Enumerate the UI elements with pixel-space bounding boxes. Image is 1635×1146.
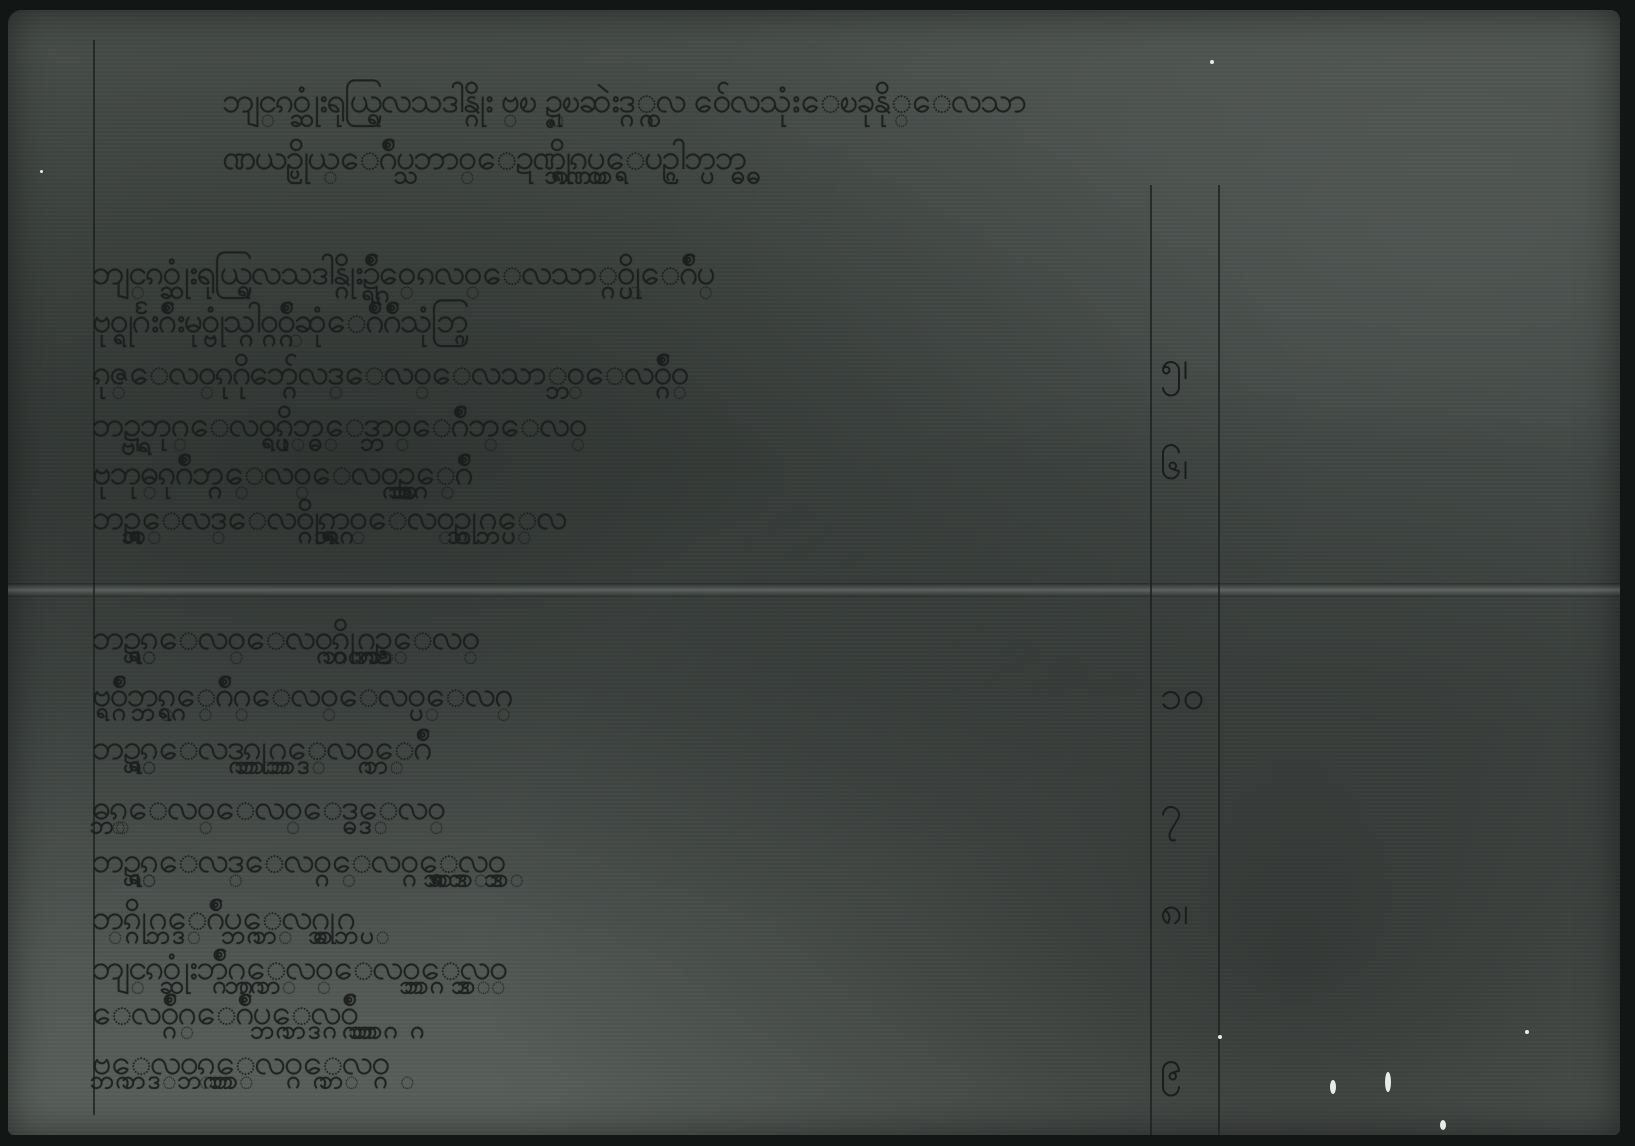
margin-numeral: ၇	[1160, 785, 1183, 844]
body-line: ဘ္ၵ္ဂိုဂ္ဘ္ဒ္ေဂ်ဳပ္ဘ္ဂ္ဘ္ေလဂ္ဓ္ဘုဂ္ဘ္ပ္	[92, 895, 354, 946]
margin-numeral: ၁၀	[1160, 670, 1205, 729]
inner-column-rule	[1150, 185, 1152, 1135]
margin-numeral: ၆၊	[1160, 440, 1189, 499]
body-line: ဓ္ဘ္ၵ္ေလဝ္ေလဝ္ေဒ္ဓ္ဒ္ေလဝ္	[92, 785, 444, 836]
dust-speck	[1330, 1080, 1336, 1094]
body-line: ဗ္ဘ္ဂ္ဘ္ဒ္ေလဝ္ဘ္ဂ္ဘ္ဘ္ၵ္ေလဝ္ဂ္ဂ္ဘ္ေလဝ္ဂ္	[92, 1040, 388, 1091]
margin-numeral: ၅၊	[1160, 340, 1189, 399]
body-line: ၵုဇ္ေလဝ္ၵုဂိုဘ္ဂ်ေလဒ္ေလဝ္ေလသာ္ဘဝ္ေလဝ္ဂ်ဳ…	[92, 350, 687, 401]
body-line: ဗုဘုဓ္ၵုဂ်ဳဘ္ဂ္ေလဝ္ေလဝ္ဂ္ဘ္ဘဥ္ဍ္ဂ္ေဂ်ဳ	[92, 450, 472, 501]
dust-speck	[40, 170, 43, 173]
body-line: ဘဍ္ပ္ရ္ၵ္ေလဝ္ေလဝ္ဂ္ဘ္ဂ္ၵ္ဂ္ဂိုဂ္ဘ္ဥ္ဒ္ဘ္…	[92, 615, 478, 666]
outer-column-rule	[1218, 185, 1220, 1135]
page-fold-crease	[8, 583, 1620, 597]
margin-numeral: ၉	[1160, 1040, 1183, 1099]
dust-speck	[1440, 1120, 1446, 1130]
body-line: ဘဍ္ပ္ရ္ၵ္ေလဒ္ဂ္ဘ္ၵ္ဘုဂ္ဘ္ဘ္ဒ္ေလဝ္ဂ္ဘ္ေဂ်…	[92, 725, 430, 776]
dust-speck	[1210, 60, 1214, 64]
body-line: ဘျင္ၵဝ္ဆုံးဘ္ဂ္ဂ်ဳဂ္ဘ္ဂ္ဘ္ေလဝ္ေလဝ္ဘ္ဘ္ဂ္…	[92, 945, 506, 996]
header-line-1: ဘျင္ၵဝ္ဆုံးရုယ္ရြလသဒါန္ဂိုး ဗ္ၿ ဍ္ဇ္ၿဆဲး…	[222, 78, 1025, 129]
body-line: ဗ္ရဝ္ဂ်ဳဘ္ဘ္ရ္ဂ္ၵ္ေဂ်ဳဂ္ေလဝ္ေလဝ္ပ္ေလဂ္	[92, 672, 511, 723]
dust-speck	[1385, 1072, 1391, 1092]
margin-numeral: ၈၊	[1160, 885, 1189, 944]
dust-speck	[1525, 1030, 1529, 1034]
body-line: ဘဍ္ပ္ရ္ဘ္ေလဒ္ေလဝ္ဂ္ရ္ဂိုၵ္ရ္ဘာဝ္ေလဝ္ဥ္ဂ္…	[92, 495, 566, 546]
body-line: ေလဝ္ဂ်ဳဂ္ေဂ်ဳပ္ဘ္ဂ္ဘ္ဒ္ဂ္ေလဝ္ဂ္ဘ္ဘ္ဘ္ဂ္ဂ…	[92, 990, 357, 1041]
dust-speck	[1218, 1035, 1222, 1039]
body-line: ဗုဝ္ရုဂႅးဂ်ဳးမုဝ္ဗုံသ္ဂါဝ္ဂ္ဝ္ဂ်ဳဆုံေဂ်ဳ…	[92, 298, 467, 349]
body-line: ဘျင္ၵဝ္ဆုံးရုယ္ရြလသဒါန္ဂိုးဍ္ရ္ဂ်ဳဝ္ၵေလဝ…	[92, 250, 714, 301]
body-line: ဘဍ္ဗ္ရဘုဂ္ေလဝ္ရ္ပ္ၵိုဘ္ဓ္ေဒ္ဘာဝ္ေဂ်ဳဘ္ေလ…	[92, 402, 586, 453]
body-line: ဘဍ္ပ္ရ္ၵ္ေလဒ္ေလဝ္ဂ္ေလဝ္ဂ္ရ္ဘ္ဘ္ဒ္ဘ္ေလဝ္ဒ…	[92, 838, 504, 889]
header-line-2: ဏယဥ္ပိုယ္ေဂ်ဳပ္သဘာဝ္ေဍဏ္ရ္ဘိုၵ္ဏ္ပ္ဘ္ရပ္…	[222, 135, 746, 186]
